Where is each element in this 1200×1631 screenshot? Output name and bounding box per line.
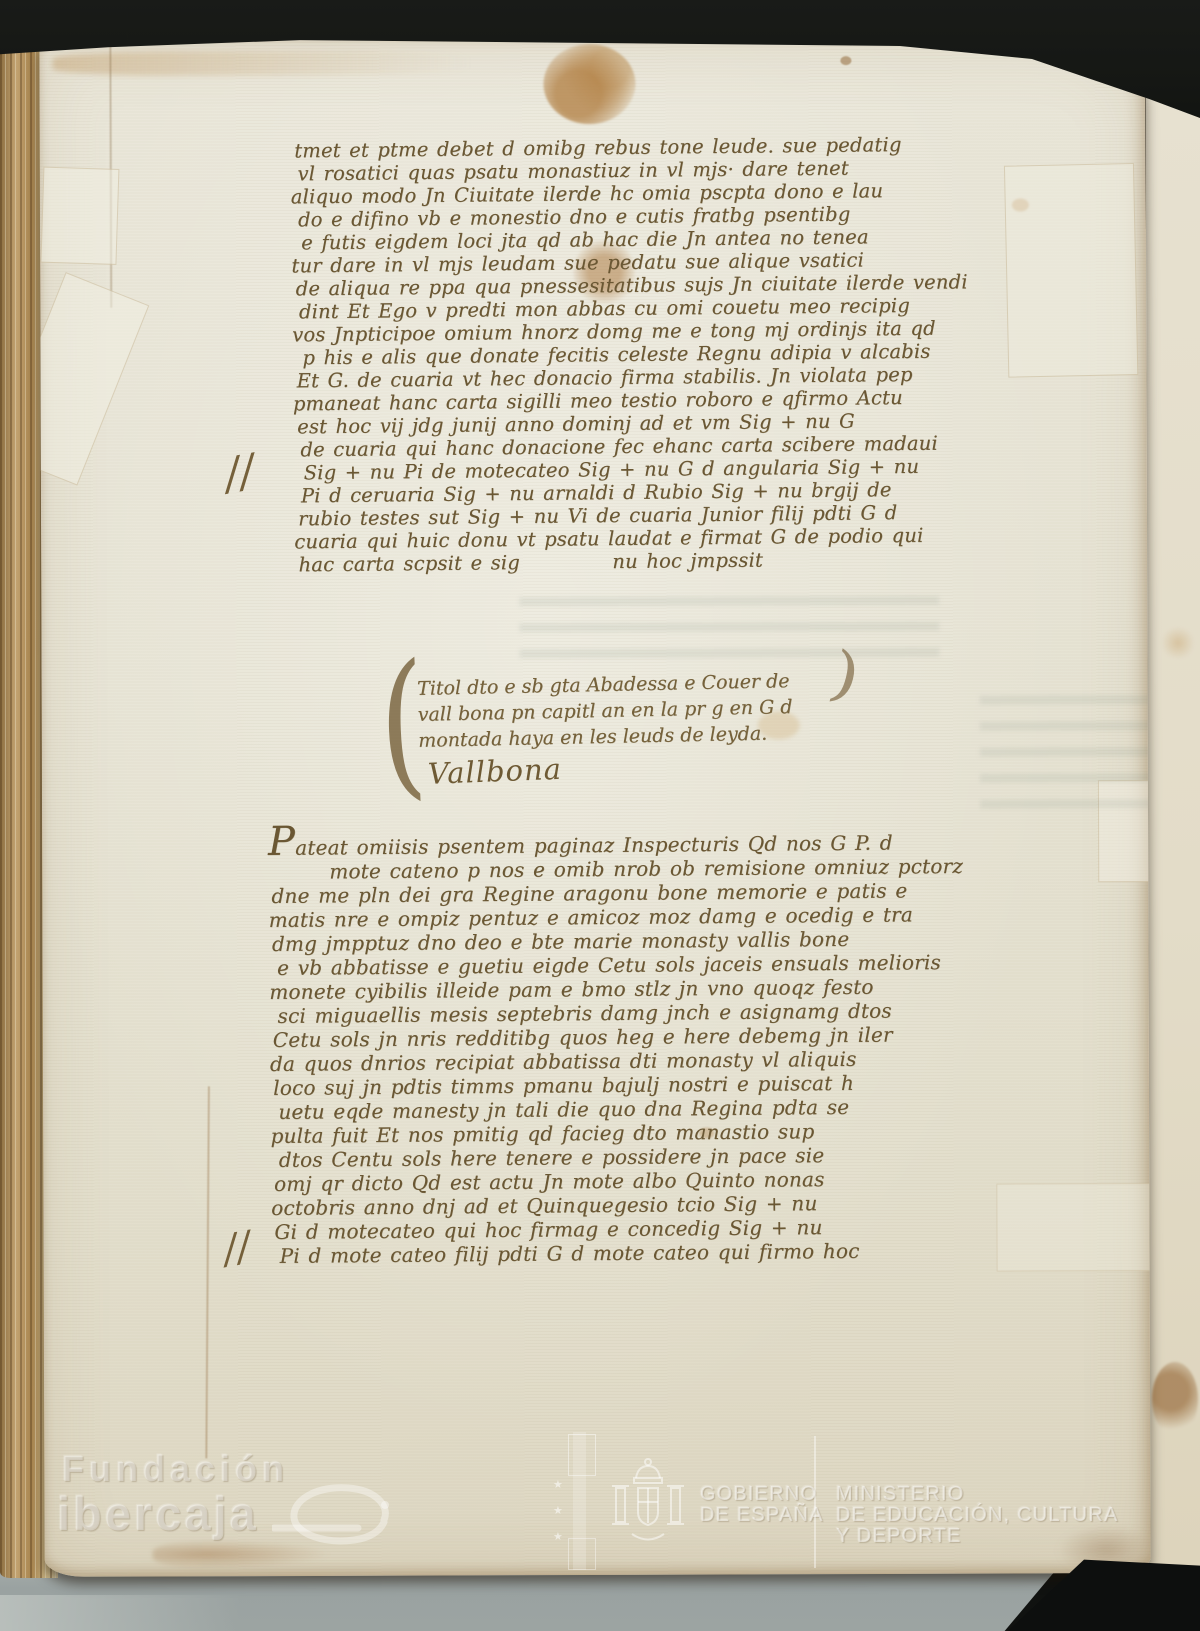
gobierno-watermark: GOBIERNO DE ESPAÑA bbox=[700, 1484, 824, 1526]
repair-patch bbox=[1098, 780, 1151, 882]
gobierno-line1: GOBIERNO bbox=[700, 1484, 824, 1505]
margin-mark: // bbox=[220, 1223, 255, 1273]
manuscript-line: Pi d mote cateo filij pdti G d mote cate… bbox=[280, 1238, 967, 1268]
ministerio-line2: DE EDUCACIÓN, CULTURA bbox=[836, 1505, 1119, 1526]
star-icon: ★ bbox=[553, 1530, 563, 1543]
ibercaja-watermark-line2: ibercaja bbox=[57, 1486, 259, 1541]
crease bbox=[109, 42, 112, 308]
note-squiggle-flourish: ) bbox=[824, 643, 866, 708]
watermark-divider-line bbox=[814, 1436, 816, 1568]
stain bbox=[840, 56, 851, 65]
gobierno-line2: DE ESPAÑA bbox=[700, 1505, 824, 1526]
star-icon: ★ bbox=[553, 1504, 563, 1517]
text-block-lower: Pateat omiisis psentem paginaz Inspectur… bbox=[271, 830, 967, 1268]
repair-patch bbox=[39, 272, 149, 486]
ministerio-watermark: MINISTERIO DE EDUCACIÓN, CULTURA Y DEPOR… bbox=[836, 1484, 1119, 1547]
flag-box bbox=[568, 1538, 596, 1570]
spain-coat-of-arms-icon bbox=[608, 1456, 688, 1552]
stain bbox=[1012, 198, 1029, 211]
stain bbox=[52, 50, 472, 75]
flag-bar-icon: ★ ★ ★ bbox=[552, 1432, 602, 1572]
repair-patch bbox=[996, 1183, 1150, 1272]
rubric-note: Titol dto e sb gta Abadessa e Couer de v… bbox=[417, 668, 793, 754]
ibercaja-watermark-line1: Fundación bbox=[62, 1448, 289, 1490]
flag-box bbox=[568, 1434, 596, 1476]
manuscript-page: tmet et ptme debet d omibg rebus tone le… bbox=[39, 36, 1150, 1577]
repair-patch bbox=[40, 167, 119, 265]
repair-patch bbox=[1004, 163, 1138, 378]
margin-mark: // bbox=[221, 445, 259, 500]
ministerio-line1: MINISTERIO bbox=[836, 1484, 1119, 1505]
text-block-upper: tmet et ptme debet d omibg rebus tone le… bbox=[294, 132, 971, 576]
manuscript-photo: tmet et ptme debet d omibg rebus tone le… bbox=[0, 0, 1200, 1631]
star-icon: ★ bbox=[553, 1478, 563, 1491]
ink-show-through bbox=[519, 593, 939, 658]
ministerio-line3: Y DEPORTE bbox=[836, 1526, 1119, 1547]
stain bbox=[543, 44, 635, 124]
ink-show-through bbox=[980, 688, 1151, 809]
vallbona-label: Vallbona bbox=[427, 752, 562, 791]
adjacent-page-edge bbox=[1146, 90, 1200, 1568]
ibercaja-swoosh-icon bbox=[272, 1478, 394, 1556]
table-sheen bbox=[0, 1595, 240, 1631]
crease bbox=[205, 1086, 210, 1458]
